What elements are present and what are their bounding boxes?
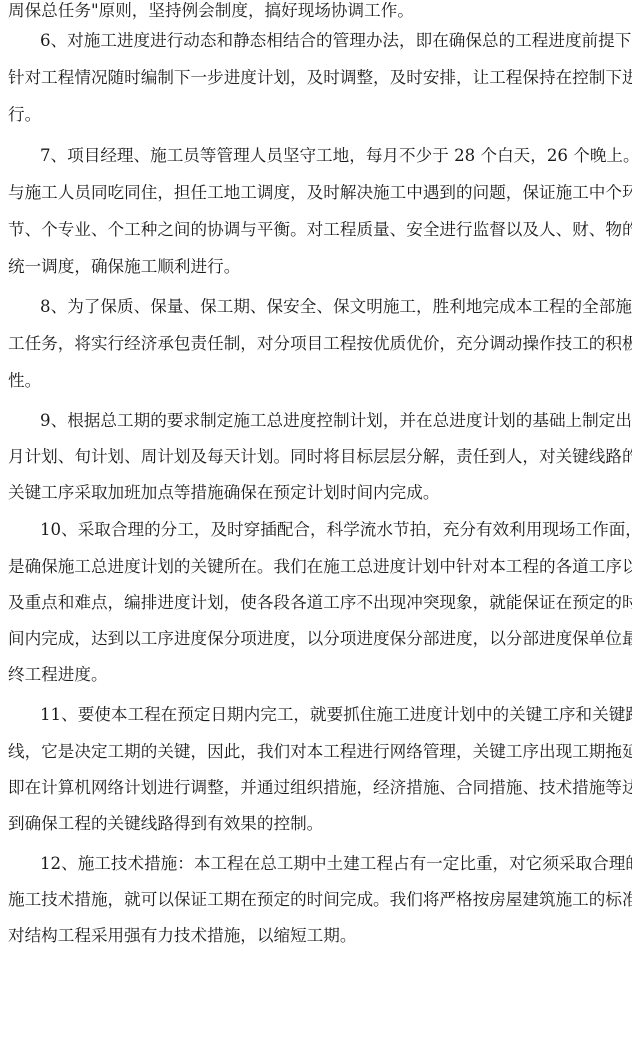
document-page-lower bbox=[0, 0, 640, 1040]
